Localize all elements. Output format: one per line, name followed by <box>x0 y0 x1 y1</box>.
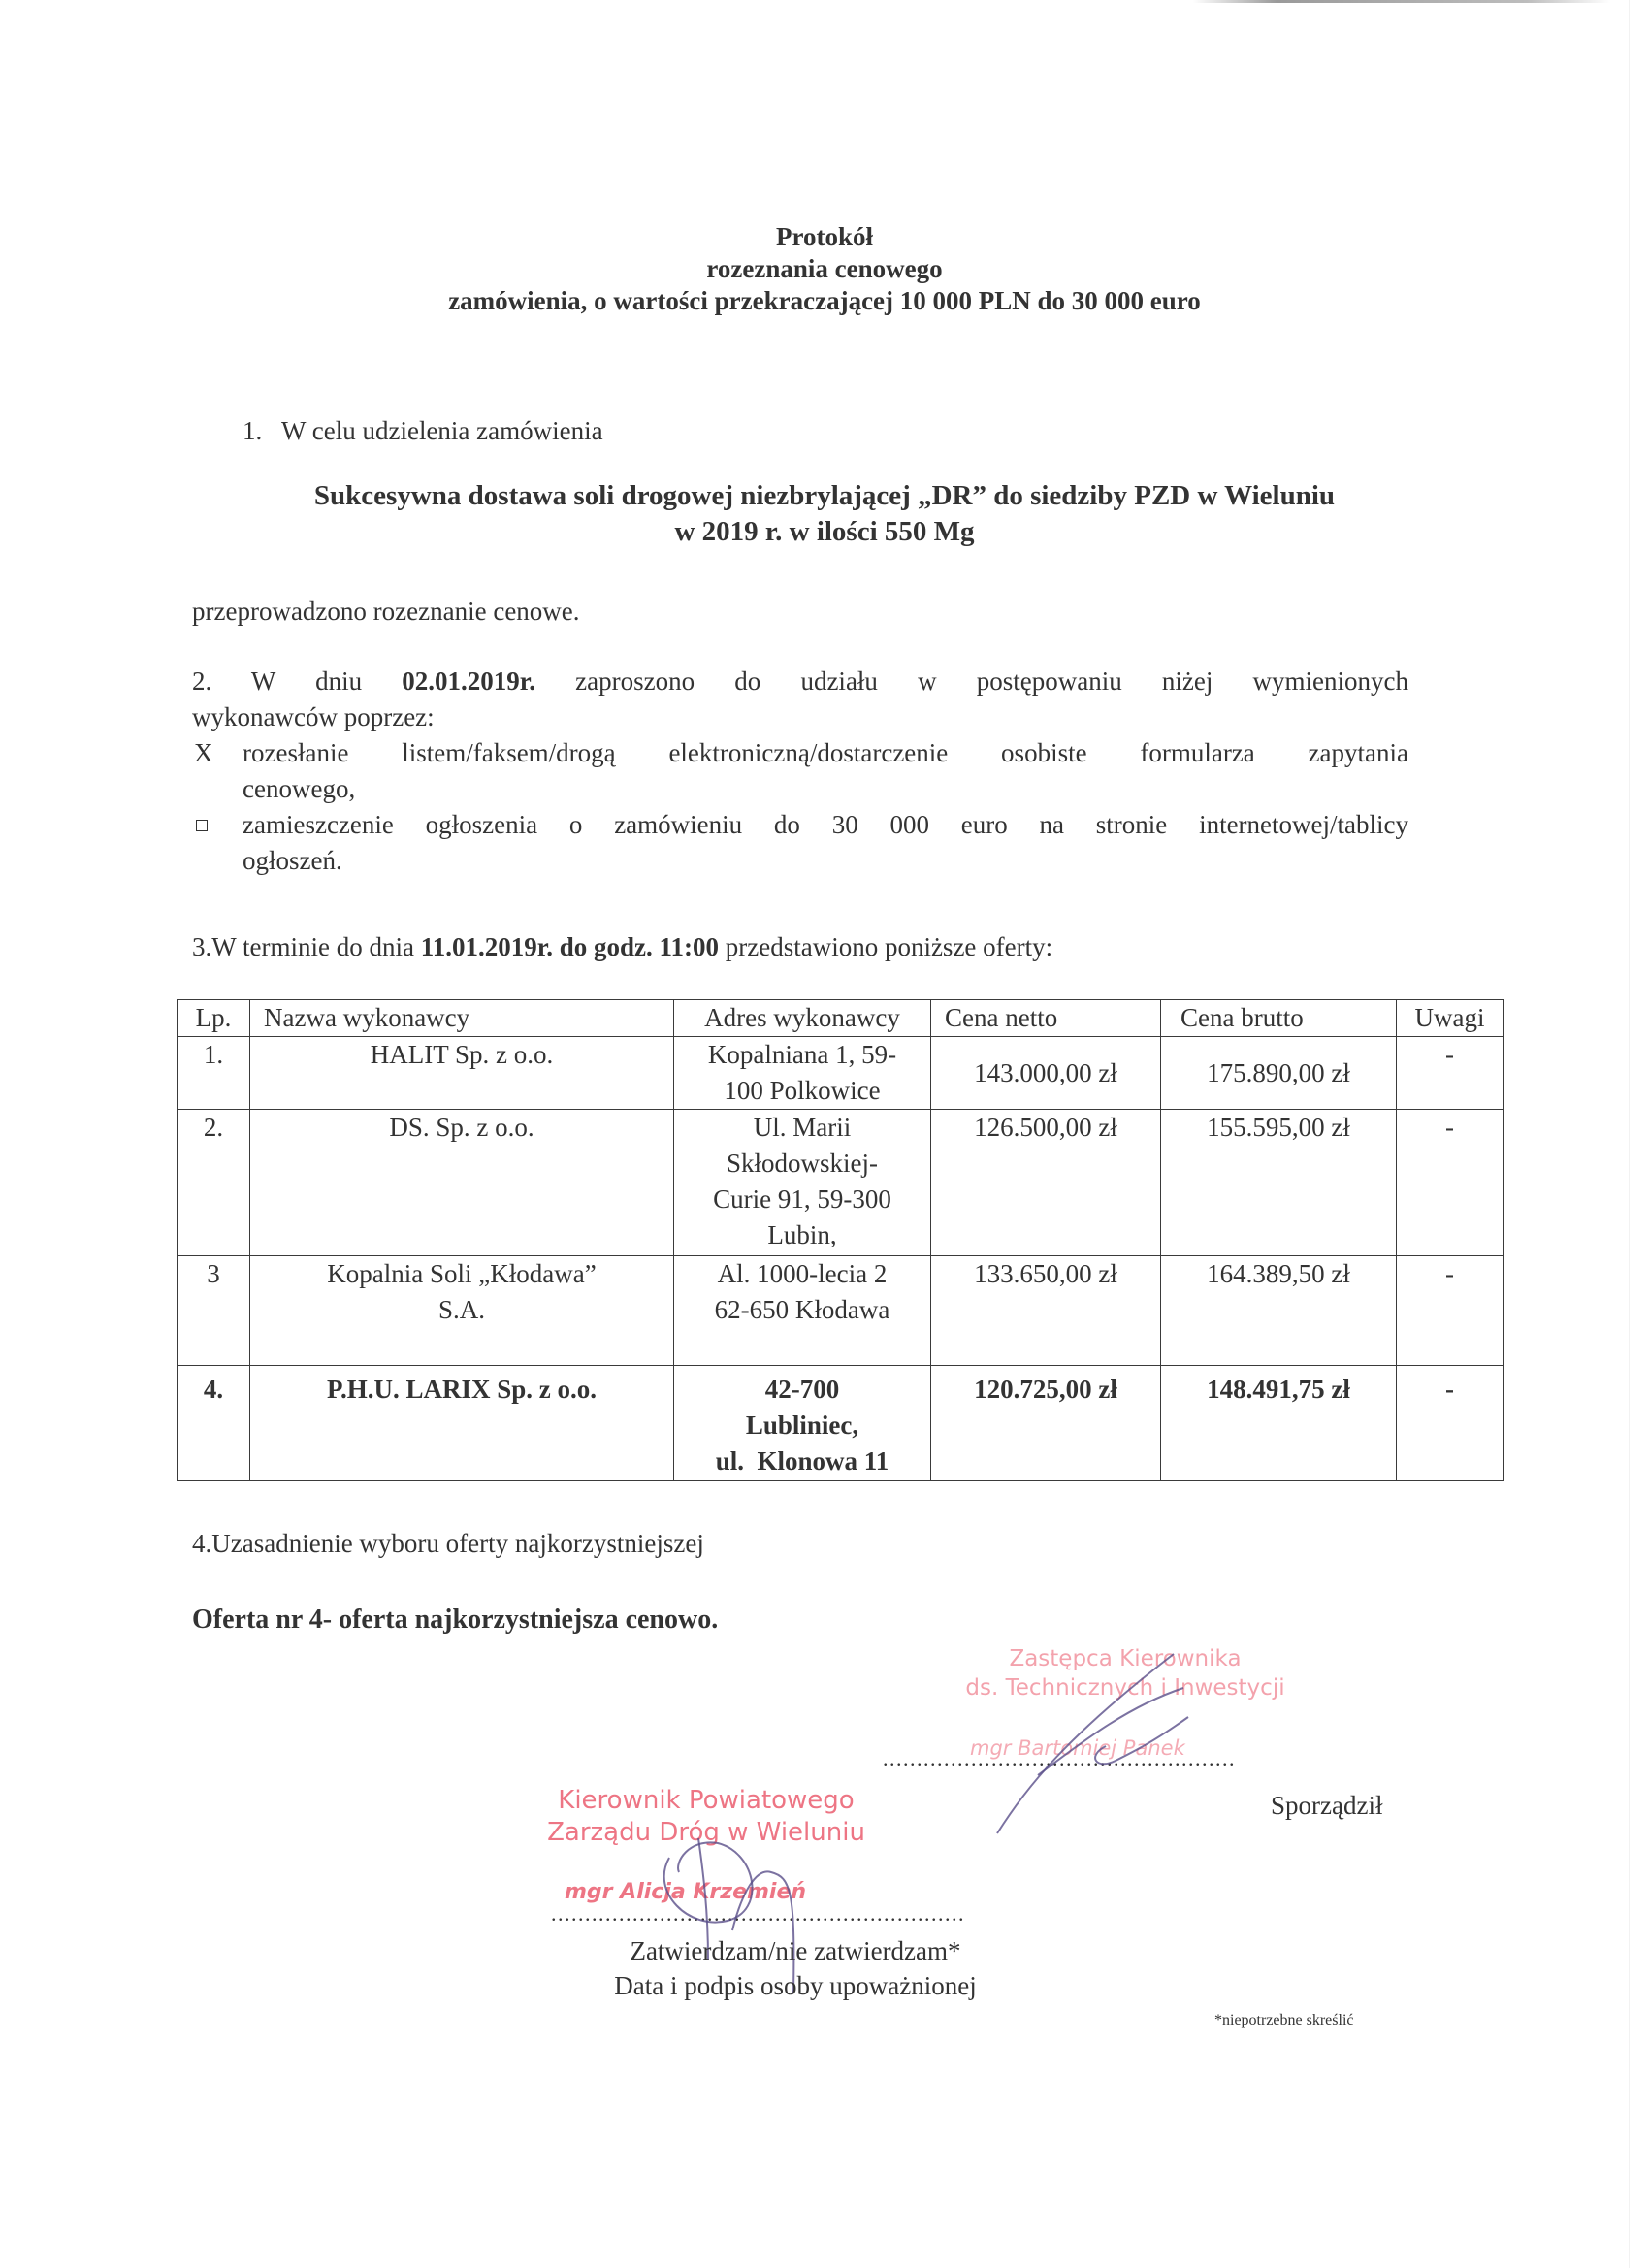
table-row: 1. HALIT Sp. z o.o. Kopalniana 1, 59- 10… <box>178 1037 1503 1110</box>
cell-contractor-name: HALIT Sp. z o.o. <box>250 1037 674 1110</box>
footnote: *niepotrzebne skreślić <box>1214 2012 1354 2029</box>
order-subject: Sukcesywna dostawa soli drogowej niezbry… <box>0 478 1649 550</box>
title-line-3: zamówienia, o wartości przekraczającej 1… <box>0 285 1649 317</box>
cell-lp: 2. <box>178 1110 250 1256</box>
title-line-2: rozeznania cenowego <box>0 253 1649 285</box>
table-header-row: Lp. Nazwa wykonawcy Adres wykonawcy Cena… <box>178 1000 1503 1037</box>
option-mail-fax-email: X rozesłanie listem/faksem/drogą elektro… <box>192 735 1408 807</box>
header-remarks: Uwagi <box>1397 1000 1503 1037</box>
cell-net-price: 133.650,00 zł <box>931 1256 1161 1366</box>
cell-net-price: 120.725,00 zł <box>931 1366 1161 1481</box>
order-subject-line-2: w 2019 r. w ilości 550 Mg <box>0 514 1649 550</box>
table-row-selected: 4. P.H.U. LARIX Sp. z o.o. 42-700 Lublin… <box>178 1366 1503 1481</box>
cell-gross-price: 164.389,50 zł <box>1161 1256 1397 1366</box>
header-contractor-name: Nazwa wykonawcy <box>250 1000 674 1037</box>
header-contractor-address: Adres wykonawcy <box>674 1000 931 1037</box>
table-row: 2. DS. Sp. z o.o. Ul. Marii Skłodowskiej… <box>178 1110 1503 1256</box>
section-2-line-1: 2. W dniu 02.01.2019r. zaproszono do udz… <box>192 664 1408 699</box>
selection-justification: Oferta nr 4- oferta najkorzystniejsza ce… <box>192 1603 718 1637</box>
preparer-signature-line: ........................................… <box>883 1746 1416 1771</box>
table-row: 3 Kopalnia Soli „Kłodawa” S.A. Al. 1000-… <box>178 1256 1503 1366</box>
cell-net-price: 126.500,00 zł <box>931 1110 1161 1256</box>
cell-contractor-address: Kopalniana 1, 59- 100 Polkowice <box>674 1037 931 1110</box>
cell-lp: 1. <box>178 1037 250 1110</box>
cell-remarks: - <box>1397 1037 1503 1110</box>
header-gross-price: Cena brutto <box>1161 1000 1397 1037</box>
approval-choice-label: Zatwierdzam/nie zatwierdzam* <box>524 1933 1067 1968</box>
header-lp: Lp. <box>178 1000 250 1037</box>
cell-gross-price: 148.491,75 zł <box>1161 1366 1397 1481</box>
offer-deadline: 11.01.2019r. do godz. 11:00 <box>421 932 719 961</box>
section-4-heading: 4.Uzasadnienie wyboru oferty najkorzystn… <box>192 1526 704 1561</box>
order-subject-line-1: Sukcesywna dostawa soli drogowej niezbry… <box>0 478 1649 514</box>
document-title: Protokół rozeznania cenowego zamówienia,… <box>0 221 1649 317</box>
checked-x-mark-icon: X <box>194 735 213 771</box>
cell-contractor-name: DS. Sp. z o.o. <box>250 1110 674 1256</box>
offers-table: Lp. Nazwa wykonawcy Adres wykonawcy Cena… <box>177 999 1503 1481</box>
cell-contractor-address: Ul. Marii Skłodowskiej- Curie 91, 59-300… <box>674 1110 931 1256</box>
invitation-date: 02.01.2019r. <box>402 666 535 696</box>
title-line-1: Protokół <box>0 221 1649 253</box>
section-2-line-2: wykonawców poprzez: <box>192 699 1408 735</box>
cell-gross-price: 155.595,00 zł <box>1161 1110 1397 1256</box>
approver-signature-line: ........................................… <box>551 1901 1055 1927</box>
cell-remarks: - <box>1397 1366 1503 1481</box>
option-website-announcement: zamieszczenie ogłoszenia o zamówieniu do… <box>192 807 1408 879</box>
cell-lp: 3 <box>178 1256 250 1366</box>
cell-lp: 4. <box>178 1366 250 1481</box>
header-net-price: Cena netto <box>931 1000 1161 1037</box>
section-3: 3.W terminie do dnia 11.01.2019r. do god… <box>192 929 1052 964</box>
empty-checkbox-icon <box>196 820 208 831</box>
cell-remarks: - <box>1397 1256 1503 1366</box>
cell-contractor-name: P.H.U. LARIX Sp. z o.o. <box>250 1366 674 1481</box>
section-1-conclusion: przeprowadzono rozeznanie cenowe. <box>192 594 580 629</box>
cell-net-price: 143.000,00 zł <box>931 1037 1161 1110</box>
cell-remarks: - <box>1397 1110 1503 1256</box>
scan-right-edge <box>1629 0 1630 2268</box>
section-1-intro: 1. W celu udzielenia zamówienia <box>242 413 603 448</box>
approver-stamp: Kierownik Powiatowego Zarządu Dróg w Wie… <box>532 1785 881 1849</box>
cell-gross-price: 175.890,00 zł <box>1161 1037 1397 1110</box>
authorized-person-label: Data i podpis osoby upoważnionej <box>524 1968 1067 2003</box>
cell-contractor-address: Al. 1000-lecia 2 62-650 Kłodawa <box>674 1256 931 1366</box>
cell-contractor-name: Kopalnia Soli „Kłodawa” S.A. <box>250 1256 674 1366</box>
preparer-stamp: Zastępca Kierownika ds. Technicznych i I… <box>921 1644 1329 1702</box>
section-2: 2. W dniu 02.01.2019r. zaproszono do udz… <box>192 664 1408 879</box>
preparer-label: Sporządził <box>1271 1788 1382 1823</box>
cell-contractor-address: 42-700 Lubliniec, ul. Klonowa 11 <box>674 1366 931 1481</box>
scan-edge-artifact <box>1193 0 1610 3</box>
